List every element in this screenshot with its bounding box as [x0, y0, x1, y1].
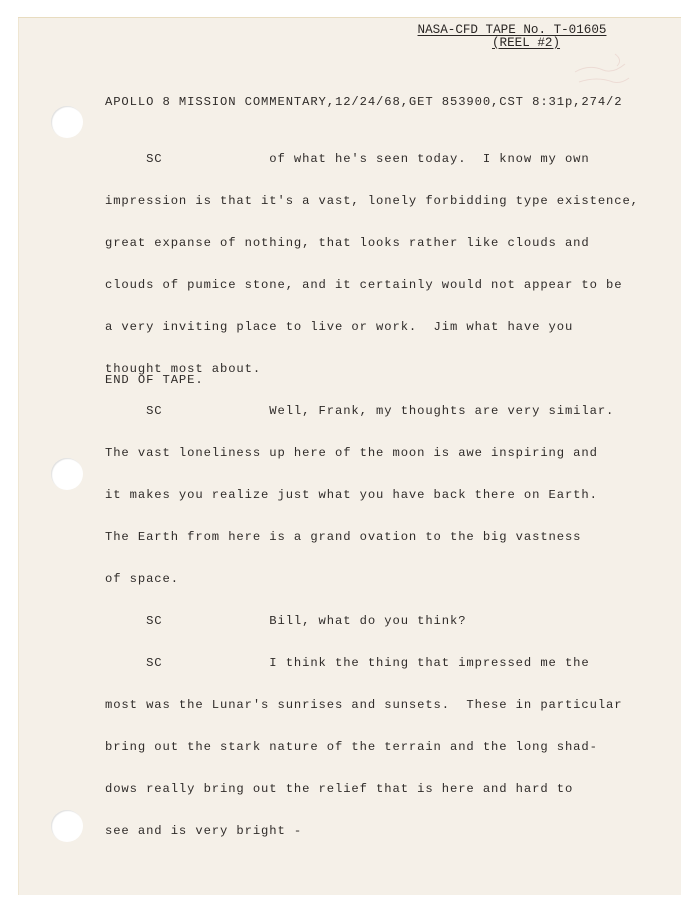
transcript-line: dows really bring out the relief that is… — [105, 782, 639, 796]
commentary-header: APOLLO 8 MISSION COMMENTARY,12/24/68,GET… — [105, 95, 622, 109]
transcript-line: it makes you realize just what you have … — [105, 488, 639, 502]
end-of-tape: END OF TAPE. — [105, 373, 204, 387]
binder-hole — [51, 458, 83, 490]
pencil-annotation-mark — [565, 50, 645, 90]
transcript-line: SC I think the thing that impressed me t… — [105, 656, 639, 670]
transcript-line: a very inviting place to live or work. J… — [105, 320, 639, 334]
tape-label: NASA-CFD TAPE No. T-01605 (REEL #2) — [405, 24, 619, 50]
transcript-line: great expanse of nothing, that looks rat… — [105, 236, 639, 250]
transcript-line: SC Bill, what do you think? — [105, 614, 639, 628]
binder-hole — [51, 810, 83, 842]
transcript-line: SC Well, Frank, my thoughts are very sim… — [105, 404, 639, 418]
transcript-line: clouds of pumice stone, and it certainly… — [105, 278, 639, 292]
transcript-line: of space. — [105, 572, 639, 586]
transcript-body: SC of what he's seen today. I know my ow… — [105, 124, 639, 852]
transcript-line: bring out the stark nature of the terrai… — [105, 740, 639, 754]
transcript-line: SC of what he's seen today. I know my ow… — [105, 152, 639, 166]
transcript-line: see and is very bright - — [105, 824, 639, 838]
transcript-line: impression is that it's a vast, lonely f… — [105, 194, 639, 208]
reel-number: (REEL #2) — [492, 37, 560, 50]
transcript-line: The Earth from here is a grand ovation t… — [105, 530, 639, 544]
transcript-line: The vast loneliness up here of the moon … — [105, 446, 639, 460]
binder-hole — [51, 106, 83, 138]
transcript-line: most was the Lunar's sunrises and sunset… — [105, 698, 639, 712]
